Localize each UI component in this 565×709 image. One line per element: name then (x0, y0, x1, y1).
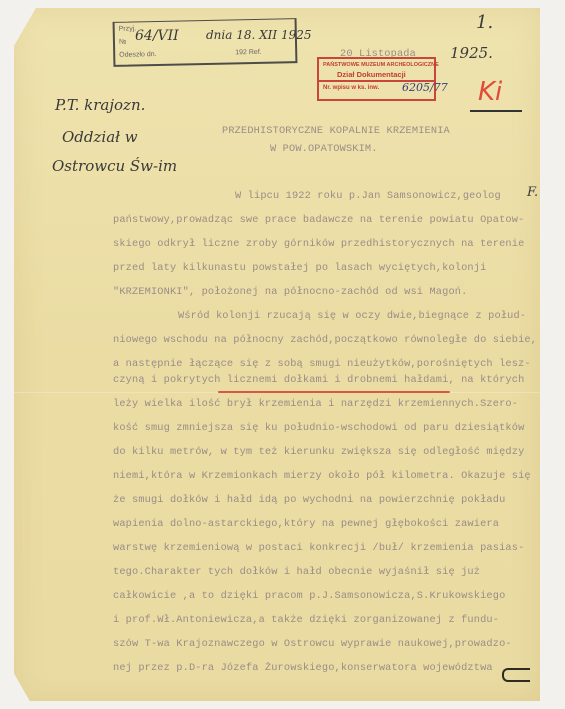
department-name: Dział Dokumentacji (337, 70, 406, 79)
body-line: W lipcu 1922 roku p.Jan Samsonowicz,geol… (235, 190, 501, 202)
underline-mark (470, 110, 522, 112)
inventory-label: Nr. wpisu w ks. inw. (323, 85, 379, 91)
body-line: do kilku metrów, w tym też kierunku zwię… (113, 446, 524, 458)
body-line: a następnie łączące się z sobą smugi nie… (113, 358, 531, 370)
museum-stamp: PAŃSTWOWE MUZEUM ARCHEOLOGICZNE Dział Do… (317, 57, 436, 101)
bracket-mark (502, 668, 530, 682)
red-initials: Ki (478, 77, 502, 107)
museum-name: PAŃSTWOWE MUZEUM ARCHEOLOGICZNE (323, 62, 439, 68)
page-number: 1. (476, 12, 493, 33)
inventory-number: 6205/77 (402, 81, 448, 94)
body-line: całkowicie ,a to dzięki pracom p.J.Samso… (113, 590, 505, 602)
body-line: państwowy,prowadząc swe prace badawcze n… (113, 214, 524, 226)
body-line: "KRZEMIONKI", położonej na północno-zach… (113, 286, 467, 298)
body-line: niemi,która w Krzemionkach mierzy około … (113, 470, 531, 482)
margin-note-line1: P.T. krajozn. (55, 96, 145, 114)
body-line: wapienia dolno-astarckiego,który na pewn… (113, 518, 499, 530)
margin-note-line2: Oddział w (62, 128, 138, 146)
body-line: szów T-wa Krajoznawczego w Ostrowcu wypr… (113, 638, 512, 650)
body-line: że smugi dołków i hałd idą po wychodni n… (113, 494, 505, 506)
body-line: czyną i pokrytych licznemi dołkami i dro… (113, 374, 524, 386)
body-line: kość smug zmniejsza się ku południo-wsch… (113, 422, 524, 434)
stamp-odeszlo-label: Odeszło dn. (119, 51, 156, 59)
stamp-number-label: № (119, 39, 127, 46)
body-line: tego.Charakter tych dołków i hałd obecni… (113, 566, 480, 578)
red-underline (218, 391, 450, 393)
stamp-przyj-label: Przyj. (119, 25, 137, 32)
body-line: Wśród kolonji rzucają się w oczy dwie,bi… (178, 310, 526, 322)
year-handwritten: 1925. (450, 44, 493, 62)
body-line: nej przez p.D-ra Józefa Żurowskiego,kons… (113, 662, 493, 674)
body-line: skiego odkrył liczne zroby górników prze… (113, 238, 524, 250)
body-line: leży wielka ilość brył krzemienia i narz… (113, 398, 518, 410)
stamp-date-value: dnia 18. XII 1925 (206, 28, 312, 42)
margin-mark: F. (527, 185, 538, 200)
body-line: przed laty kilkunastu powstałej po lasac… (113, 262, 486, 274)
body-line: warstwę krzemieniową w postaci konkrecji… (113, 542, 524, 554)
stamp-number-value: 64/VII (135, 28, 179, 44)
title-line1: PRZEDHISTORYCZNE KOPALNIE KRZEMIENIA (222, 125, 450, 137)
title-line2: W POW.OPATOWSKIM. (270, 143, 378, 155)
stamp-year-label: 192 Ref. (235, 49, 262, 57)
margin-note-line3: Ostrowcu Św-im (52, 157, 177, 175)
body-line: niowego wschodu na północny zachód,począ… (113, 334, 537, 346)
body-line: i prof.Wł.Antoniewicza,a także dzięki zo… (113, 614, 499, 626)
